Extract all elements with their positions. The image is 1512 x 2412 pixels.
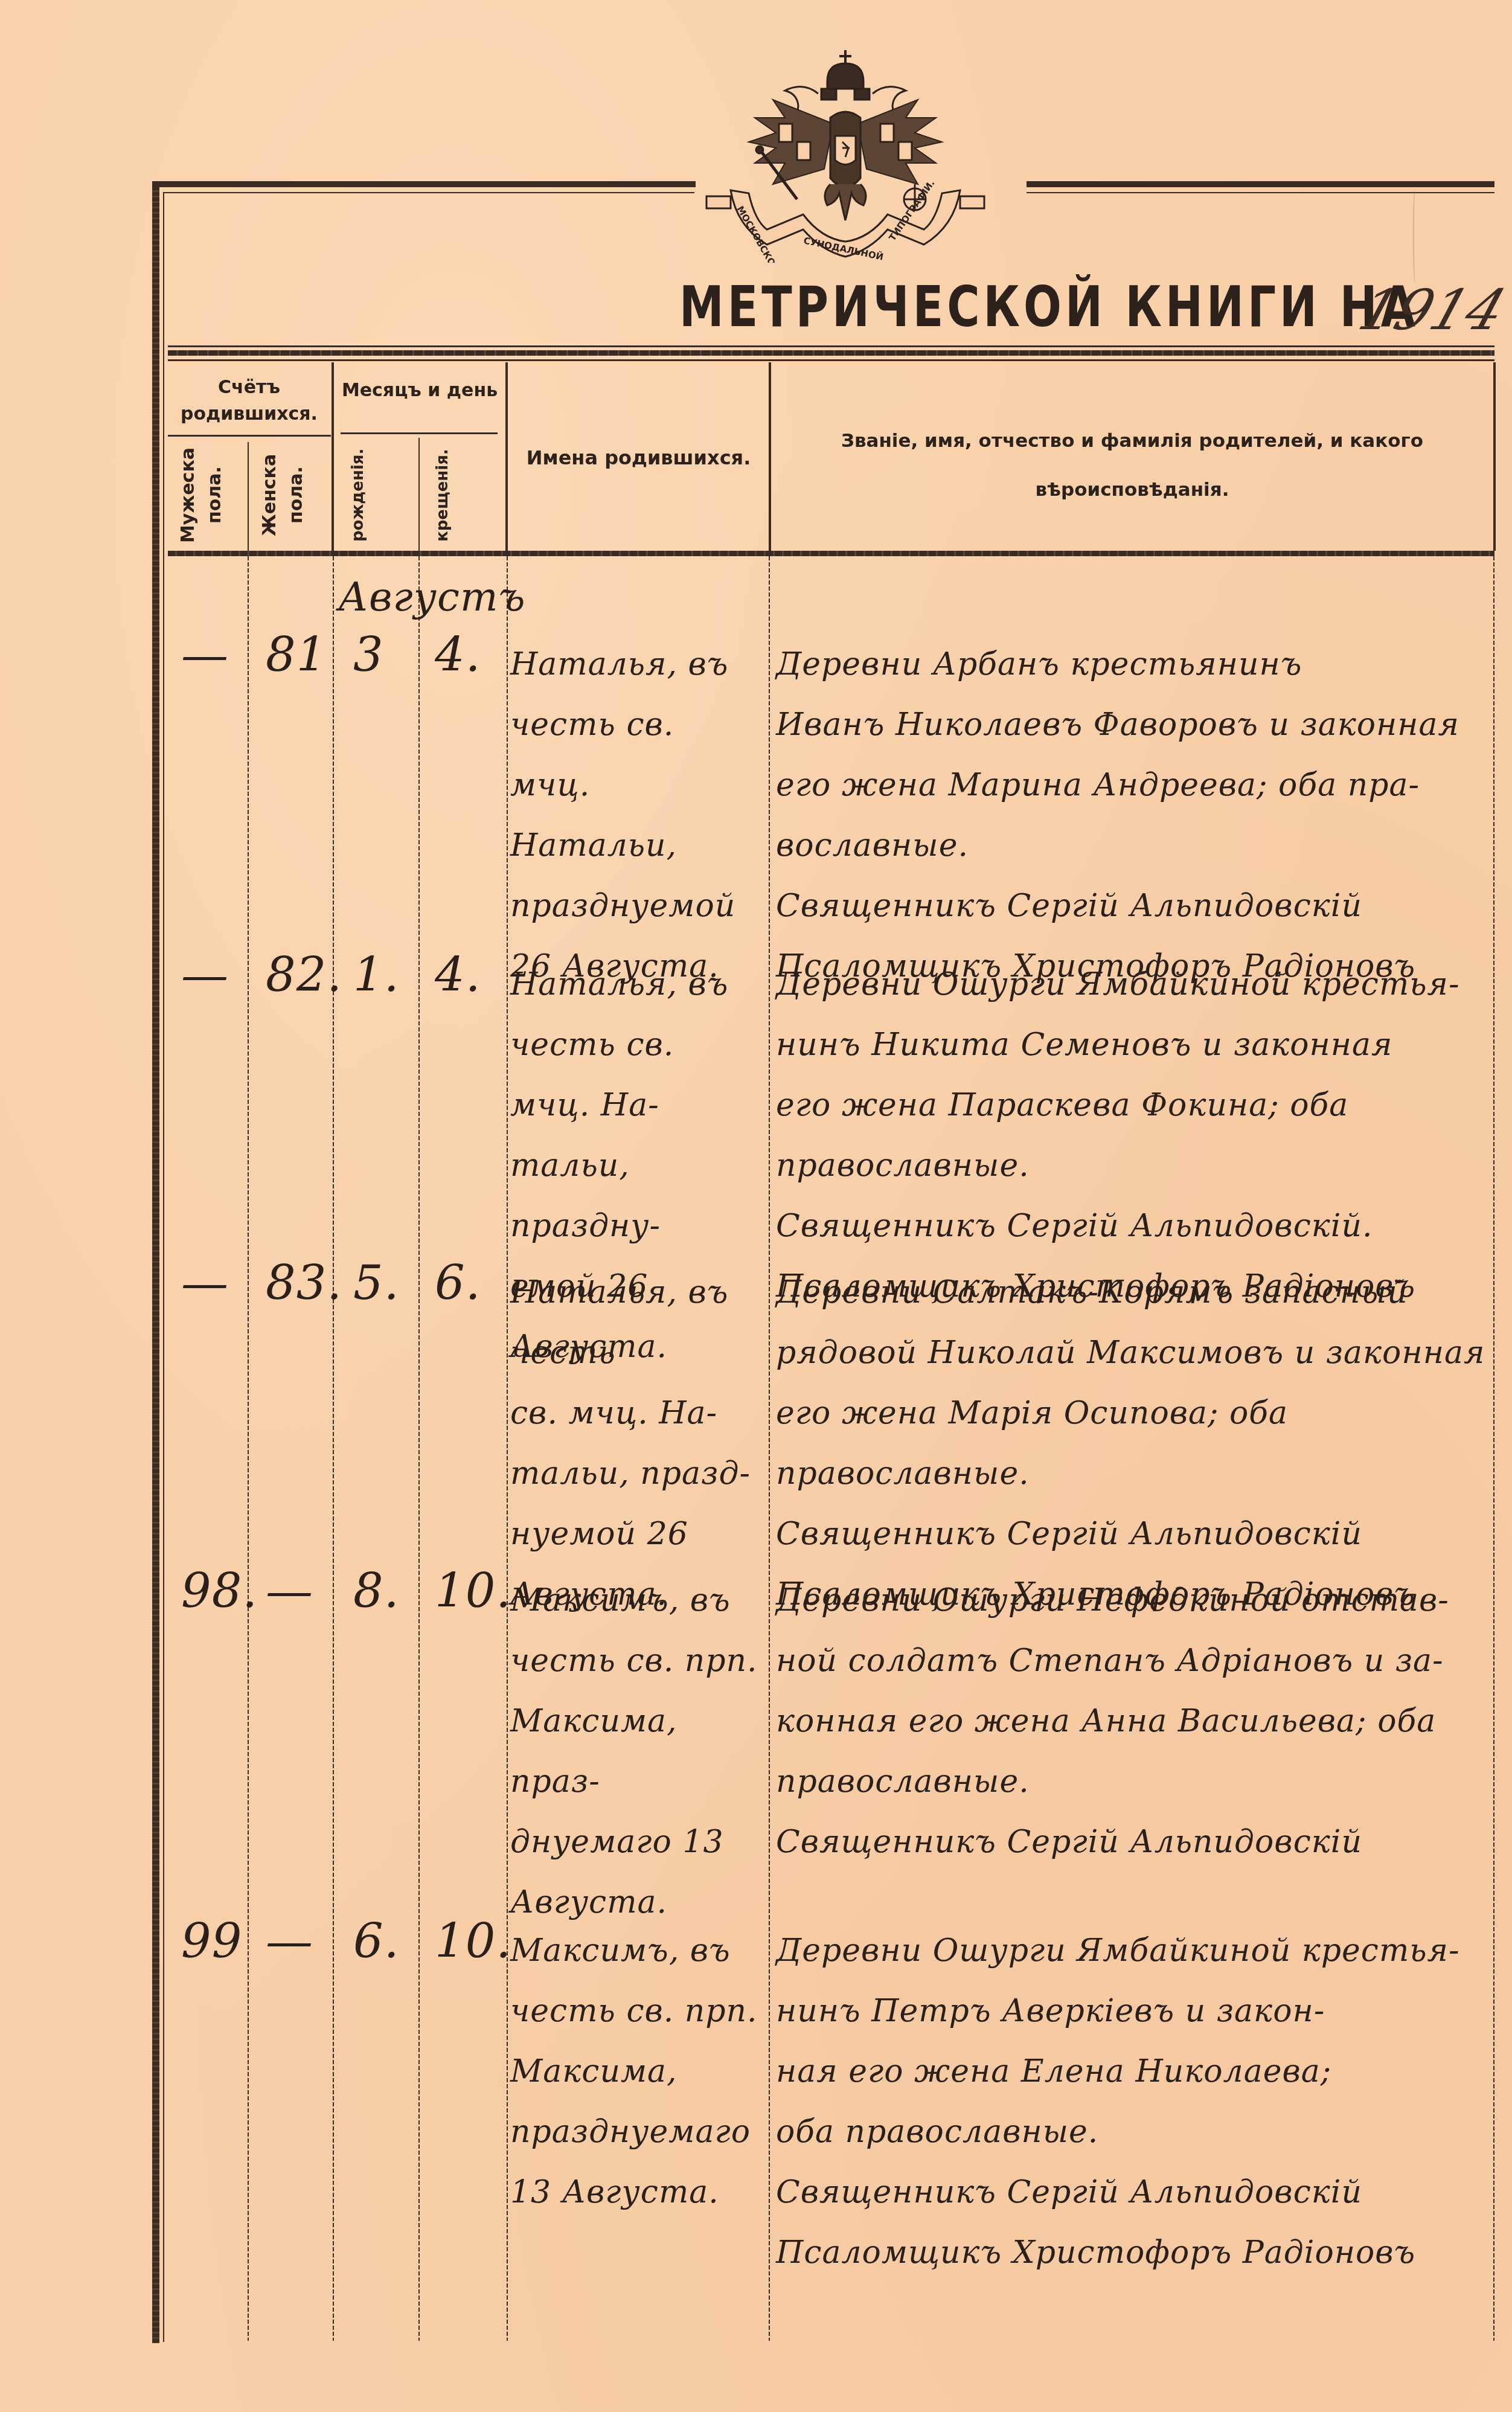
document-title: МЕТРИЧЕСКОЙ КНИГИ НА [679,275,1419,340]
record-parents: Деревни Арбанъ крестьянинъ Иванъ Николае… [776,634,1488,996]
header-divider-date-names [505,362,508,551]
record-male-count: — [181,628,229,682]
record-male-count: — [181,948,229,1002]
header-divider-birth-baptism [418,438,420,551]
record-parents: Деревни Ошурги Нефедкиной отстав- ной со… [776,1570,1488,1872]
header-count-group: Счётъ родившихся. [169,374,329,427]
col-divider-count-date [333,556,334,2341]
record-parents: Деревни Ошурги Ямбайкиной крестья- нинъ … [776,1920,1488,2283]
record-child-name: Максимъ, въ честь св. прп. Максима, праз… [510,1570,764,1932]
record-female-count: 81 [266,628,327,682]
record-male-count: — [181,1256,229,1310]
header-date-birth: рожденія. [347,444,414,547]
record-birth-day: 3 [353,628,384,682]
double-headed-eagle-coat-of-arms-icon: МОСКОВСКОЙ СУНОДАЛЬНОЙ ТИПОГРАФІИ. [694,27,996,263]
record-baptism-day: 6. [435,1256,481,1310]
frame-border-left [152,181,159,2343]
header-count-male: Мужеска пола. [175,447,242,544]
month-label: Августъ [338,574,526,620]
record-baptism-day: 10. [435,1914,511,1969]
record-baptism-day: 4. [435,628,481,682]
record-female-count: 83. [266,1256,342,1310]
table-right-border [1493,556,1494,2341]
col-divider-birth-baptism [418,556,420,2341]
record-female-count: 82. [266,948,342,1002]
header-names: Имена родившихся. [513,444,764,472]
record-child-name: Максимъ, въ честь св. прп. Максима, праз… [510,1920,764,2222]
col-divider-names-parents [769,556,770,2341]
record-child-name: Наталья, въ честь св. мчц. Натальи, праз… [510,634,764,996]
record-male-count: 99 [181,1914,242,1969]
frame-border-top-right-inner [1027,192,1494,193]
record-birth-day: 5. [353,1256,399,1310]
header-rule [168,551,1494,556]
record-female-count: — [266,1914,313,1969]
frame-border-top-left [152,181,696,187]
title-rule-thick [168,350,1494,356]
header-divider-names-parents [769,362,771,551]
record-birth-day: 6. [353,1914,399,1969]
header-date-group: Месяцъ и день [338,377,501,404]
frame-border-left-inner [163,192,164,2342]
header-date-baptism: крещенія. [432,444,498,547]
frame-border-top-left-inner [163,192,694,193]
col-divider-date-names [507,556,508,2341]
record-female-count: — [266,1564,313,1618]
title-rule-lower [168,359,1494,361]
document-year: 1914 [1351,278,1512,342]
header-count-female: Женска пола. [257,447,323,544]
record-male-count: 98. [181,1564,258,1618]
record-baptism-day: 4. [435,948,481,1002]
header-divider-male-female [248,442,249,551]
record-baptism-day: 10. [435,1564,511,1618]
frame-border-top-right [1027,181,1494,187]
header-parents: Званіе, имя, отчество и фамилія родителе… [785,417,1479,514]
header-subrule-date [341,432,498,434]
paper-tear [1413,187,1419,284]
header-right-border [1493,362,1496,551]
col-divider-male-female [248,556,249,2341]
header-divider-count-date [332,362,334,551]
record-birth-day: 8. [353,1564,399,1618]
title-rule-upper [168,345,1494,347]
header-subrule-count [168,435,331,437]
record-birth-day: 1. [353,948,399,1002]
